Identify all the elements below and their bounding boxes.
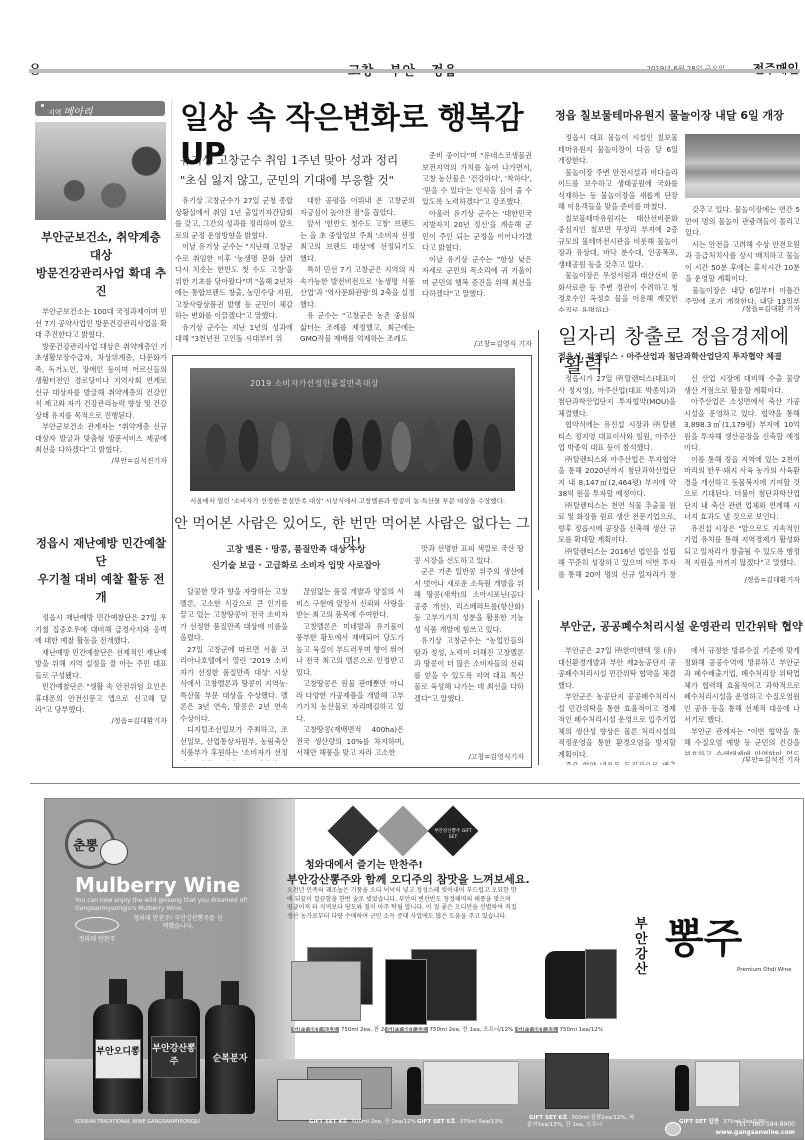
bullet-icon xyxy=(41,104,44,107)
paragraph: 유기상 고창군수는 "농업인들의 땀과 정성, 노력이 더해진 고창멜론과 땅콩… xyxy=(414,635,524,704)
article-body-col1: 정읍시가 27일 ㈜탈렌티스(대표이사 정지영), 아주산업(대표 박종익)과 … xyxy=(558,373,676,581)
masthead-rule xyxy=(29,69,800,73)
paragraph: 주요 협약 내용은 동진강으로 배출하는 농공단지 폐수를 물환경보전법 xyxy=(558,760,676,765)
article-body-col2: 대한 공평을 이뤄내 온 고창군의 자긍심이 높아진 점"을 꼽았다. 앞서 '… xyxy=(300,195,415,345)
column-tag: 지역메아리 xyxy=(35,101,165,116)
bottle-bokbunja: 순복분자 xyxy=(205,981,255,1114)
ad-description: 오천년 민족의 궤조높은 기품을 오디 넉넉히 넣고 정성스레 빚어내어 부드럽… xyxy=(287,887,517,921)
brand-vertical-text: 부안강산 xyxy=(635,917,651,977)
paragraph: 에서 규정한 방류수질 기준에 맞게 정화해 공공수역에 방류하고 부안군과 폐… xyxy=(684,645,800,726)
bottle-label: 부안강산뽕주 xyxy=(151,1036,197,1078)
health-center-photo xyxy=(35,122,166,220)
paragraph: ㈜탈렌티스는 2016년 법인을 설립해 꾸준히 성장하고 있으며 이번 투자를… xyxy=(558,546,676,582)
brand-english: Premium Ohdi Wine xyxy=(737,967,792,974)
mulberry-leaf-diamond xyxy=(378,806,429,857)
bottle-label: 순복분자 xyxy=(207,1051,253,1064)
boxed-body-col3: 맛과 선명한 표피 색깔로 국산 땅콩 시장을 선도하고 있다. 군은 기존 일… xyxy=(414,543,524,743)
article-body-col2: 갖추고 있다. 물놀이장에는 연간 5만여 명의 물놀이 관광객들이 몰리고 있… xyxy=(685,204,800,304)
brand-logo-text: 춘뽕 xyxy=(73,835,98,854)
bottle-label: 부안오디뽕 xyxy=(95,1039,141,1079)
article-headline: 정읍시 재난예방 민간예찰단 xyxy=(35,534,167,570)
ad-english-description: You can now enjoy the wild ginseng that … xyxy=(75,897,295,913)
byline: /정읍=김대환 기자 xyxy=(685,304,800,314)
paragraph: ㈜탈렌티스는 천연 식물 추출물 원료 및 화장품 원료 생산 전문기업으로, … xyxy=(558,500,676,546)
blue-house-text: 청와대 만찬주! 부안강산뽕주를 선택했습니다. xyxy=(133,915,223,931)
paragraph: 부안군 관계자는 "이번 협약을 통해 수질오염 예방 등 군민의 건강을 보호… xyxy=(684,726,800,756)
gift-set-spec: 375ml 5ea/13% xyxy=(460,1119,503,1125)
paragraph: 물놀이장은 내달 6일부터 이틀간 주말에 조기 개장한다. 내달 13일부터 … xyxy=(685,285,800,305)
paragraph: 끊임없는 품질 개발과 양질의 서비스 구현에 앞장서 신뢰와 사랑을 받는 최… xyxy=(296,586,404,621)
bottle-gangsan: 부안강산뽕주 xyxy=(148,971,200,1114)
paragraph: 아주산업은 소성면에서 축산 가공시설을 운영하고 있다. 협약을 통해 3,8… xyxy=(684,396,800,454)
paragraph: 시는 안전을 고려해 수상 안전요원과 응급처치사를 상시 배치하고 물놀이 시… xyxy=(685,239,800,285)
bottle-odi: 부안오디뽕 xyxy=(93,979,143,1114)
gift-set-4-box xyxy=(277,1079,362,1121)
gift-set-label: GIFT SET 5호375ml 5ea/13% xyxy=(415,1117,503,1125)
blue-house-emblem-icon xyxy=(75,917,119,933)
mulberry-photo-diamond xyxy=(328,806,379,857)
photo-banner-text: 2019 소비자가선정한품질만족대상 xyxy=(250,378,379,389)
paragraph: 준비 중이다"며 "유네스코생물권 보전지역의 가치를 높여 나가면서, 고창 … xyxy=(422,150,532,208)
gift-set-tag: GIFT SET 2호 xyxy=(385,1027,428,1033)
paragraph: 고창멜론은 미네랄과 유기물이 풍부한 황토에서 재배되어 당도가 높고 육질이… xyxy=(296,621,404,679)
gift-set-3-bag xyxy=(585,949,617,1019)
gift-set-tag: GIFT SET 6호 xyxy=(527,1115,570,1121)
gift-set-badge: 부안강산뽕주 GIFT SET xyxy=(430,829,476,841)
paragraph: 물놀이장은 무성서원과 태산선비 문화사료관 등 주변 경관이 수려하고 청정호… xyxy=(558,270,678,312)
article-disaster-patrol: 정읍시 재난예방 민간예찰단 우기철 대비 예찰 활동 전개 정읍시 재난예방 … xyxy=(35,534,167,726)
paragraph: 이날 유기상 군수는 "항상 낮은 자세로 군민의 목소리에 귀 기울이며 군민… xyxy=(422,254,532,300)
company-logo-icon xyxy=(665,1122,681,1136)
paragraph: 특히 민선 7기 고창군은 지역의 지속가능한 발전비전으로 '농생명 식품산업… xyxy=(300,264,415,310)
article-body-col1: 부안군은 27일 ㈜한미엔텍 및 (유)대신환경개발과 부안 제2농공단지 공공… xyxy=(558,645,676,765)
brand-main-text: 뽕주 xyxy=(665,919,742,959)
paragraph: 재난예방 민간예찰단은 선제적인 재난예방을 위해 지역 실정을 잘 아는 주민… xyxy=(35,647,167,682)
article-headline: 부안군, 공공폐수처리시설 운영관리 민간위탁 협약 xyxy=(560,618,803,634)
byline: /부안=김석진 기자 xyxy=(684,755,800,765)
subhead: 신기술 보급 · 고급화로 소비자 입맛 사로잡아 xyxy=(180,558,412,574)
boxed-body-col2: 끊임없는 품질 개발과 양질의 서비스 구현에 앞장서 신뢰와 사랑을 받는 최… xyxy=(296,586,404,761)
gift-set-spec: 500ml 2ea, 잔 2ea/12% xyxy=(352,1119,416,1125)
ad-title: Mulberry Wine xyxy=(75,873,240,897)
gift-set-regular-bottle xyxy=(675,1065,689,1111)
subhead: "초심 잃지 않고, 군민의 기대에 부응할 것" xyxy=(180,170,420,190)
ad-headline: 부안강산뽕주와 함께 오디주의 참맛을 느껴보세요. xyxy=(287,871,530,887)
gift-set-spec: 750ml 1ea/12% xyxy=(560,1027,603,1033)
gift-set-tag: GIFT SET 3호 xyxy=(515,1027,558,1033)
paragraph: 디지털조선일보가 주최하고, 조선일보, 산업통상자원부, 농림축산식품부가 후… xyxy=(180,724,288,761)
paragraph: 갖추고 있다. 물놀이장에는 연간 5만여 명의 물놀이 관광객들이 몰리고 있… xyxy=(685,204,800,239)
article-headline: 우기철 대비 예찰 활동 전개 xyxy=(35,570,167,606)
paragraph: 앞서 '한반도 첫수도 고창' 브랜드는 올 초 중앙일보 주최 '소비자 선정… xyxy=(300,218,415,264)
article-headline: 방문건강관리사업 확대 추진 xyxy=(35,264,167,300)
article-body-col2: 신 산업 시장에 대비해 수출 물량 생산 거점으로 활용할 계획이다. 아주산… xyxy=(684,373,800,573)
gift-set-tag: GIFT SET 특1호 xyxy=(291,1027,339,1033)
article-headline: 정읍 칠보물테마유원지 물놀이장 내달 6일 개장 xyxy=(555,107,784,123)
article-headline: 일자리 창출로 정읍경제에 '활력' xyxy=(558,320,805,378)
byline: /고창=김영식 기자 xyxy=(422,339,532,349)
water-park-photo xyxy=(685,134,800,198)
article-body-col1: 유기상 고창군수가 27일 군청 종합상황실에서 취임 1년 출입기자간담회를 … xyxy=(175,195,293,345)
paragraph: 신 산업 시장에 대비해 수출 물량 생산 거점으로 활용할 계획이다. xyxy=(684,373,800,396)
blue-house-caption: 청와대 만찬주 xyxy=(75,936,119,944)
byline: /정읍=김대환기자 xyxy=(684,575,800,585)
article-body-col2: 에서 규정한 방류수질 기준에 맞게 정화해 공공수역에 방류하고 부안군과 폐… xyxy=(684,645,800,755)
paragraph: 유진섭 시장은 "앞으로도 지속적인 기업 유치를 통해 지역경제가 활성화되고… xyxy=(684,523,800,569)
contact-info: TEL : 063-584-8900 www.gangsanwine.com xyxy=(685,1121,795,1137)
article-body-col1: 정읍시 대표 물놀이 시설인 칠보물테마유원지 물놀이장이 다음 달 6일 개장… xyxy=(558,132,678,312)
gift-set-label: GIFT SET 2호750ml 2ea, 잔 1ea, 오프너/12% xyxy=(385,1025,513,1033)
paragraph: 군은 기존 일반콩 위주의 생산에서 벗어나 새로운 소득원 개발을 위해 땅콩… xyxy=(414,566,524,635)
paragraph: 정읍시 대표 물놀이 시설인 칠보물테마유원지 물놀이장이 다음 달 6일 개장… xyxy=(558,132,678,167)
boxed-subheads: 고창 멜론 · 땅콩, 품질만족 대상 수상 신기술 보급 · 고급화로 소비자… xyxy=(180,542,412,574)
paragraph: 유기상 고창군수가 27일 군청 종합상황실에서 취임 1년 출입기자간담회를 … xyxy=(175,195,293,241)
paragraph: 아울러 유기상 군수는 '대한민국 지방자치 20년 정신'을 계승해 군민이 … xyxy=(422,208,532,254)
column-divider xyxy=(538,600,539,765)
gift-set-tag: GIFT SET 5호 xyxy=(415,1119,458,1125)
paragraph: 대한 공평을 이뤄내 온 고창군의 자긍심이 높아진 점"을 꼽았다. xyxy=(300,195,415,218)
gift-set-label: GIFT SET 3호750ml 1ea/12% xyxy=(515,1025,603,1033)
paragraph: 정읍시가 27일 ㈜탈렌티스(대표이사 정지영), 아주산업(대표 박종익)과 … xyxy=(558,373,676,419)
paragraph: 유 군수는 "고창군은 농촌 중심의 삶터는 조례를 제정했고, 최근에는 GM… xyxy=(300,310,415,345)
paragraph: 방문건강관리사업 대상은 취약계층인 기초생활보장수급자, 차상위계층, 다문화… xyxy=(35,341,167,422)
paragraph: 고창땅콩(재배면적 400ha)은 전국 생산량의 10%를 차지하며, 서해안… xyxy=(296,724,404,759)
paragraph: 달콤한 맛과 향을 자랑하는 고창멜론, 고소한 식감으로 큰 인기를 끌고 있… xyxy=(180,586,288,644)
paragraph: 칠보물테마유원지는 태산선비문화 중심지인 칠보면 무성리 부지에 2층 규모의… xyxy=(558,213,678,271)
byline: /고창=김영식기자 xyxy=(414,752,524,762)
gift-set-tag: GIFT SET 4호 xyxy=(307,1119,350,1125)
column-divider xyxy=(538,330,539,590)
column-tag-label: 메아리 xyxy=(64,107,93,118)
photo-caption: 서울에서 열린 '소비자가 선정한 품질만족 대상' 시상식에서 고창멜론과 땅… xyxy=(190,496,520,505)
paragraph: 부안군은 27일 ㈜한미엔텍 및 (유)대신환경개발과 부안 제2농공단지 공공… xyxy=(558,645,676,691)
gift-set-label: GIFT SET 6호500ml 참뽕2ea/12%, 복분자1ea/13%, … xyxy=(527,1115,637,1129)
article-body-col3: 준비 중이다"며 "유네스코생물권 보전지역의 가치를 높여 나가면서, 고창 … xyxy=(422,150,532,335)
telephone: TEL : 063-584-8900 xyxy=(685,1121,795,1129)
subhead: 고창 멜론 · 땅콩, 품질만족 대상 수상 xyxy=(180,542,412,558)
article-body: 정읍시 재난예방 민간예찰단은 27일 우기철 집중호우에 대비해 급경사지와 … xyxy=(35,612,167,716)
gift-set-6-box xyxy=(545,1053,609,1109)
paragraph: 부안군은 농공단지 공공폐수처리시설 민간위탁을 통한 효율적이고 경제적인 폐… xyxy=(558,691,676,760)
mascot-icon xyxy=(100,839,128,865)
gift-set-premium-image xyxy=(291,961,361,1021)
advertisement-mulberry-wine[interactable]: 춘뽕 Mulberry Wine You can now enjoy the w… xyxy=(44,798,804,1140)
ad-headline: 청와대에서 즐기는 만찬주! xyxy=(305,856,423,871)
paragraph: 부안군보건소 관계자는 "취약계층 신규 대상자 발굴과 맞춤형 방문서비스 제… xyxy=(35,421,167,456)
main-subheads: 유기상 고창군수 취임 1주년 맞아 성과 정리 "초심 잃지 않고, 군민의 … xyxy=(180,150,420,190)
paragraph: 협약식에는 유진섭 시장과 ㈜탈렌티스 정지영 대표이사와 임원, 아주산업 박… xyxy=(558,419,676,454)
website-link[interactable]: www.gangsanwine.com xyxy=(685,1129,795,1137)
article-headline: 부안군보건소, 취약계층 대상 xyxy=(35,228,167,264)
paragraph: 고창땅콩은 원물 판매뿐만 아니라 다양한 가공제품을 개발해 고부가가치 농산… xyxy=(296,678,404,724)
gift-set-regular-box xyxy=(695,1061,740,1107)
paragraph: 유기상 군수는 지난 1년의 성과에 대해 "3천년전 고인돌 시대부터 위 xyxy=(175,322,293,345)
byline: /부안=김석진기자 xyxy=(35,456,167,466)
paragraph: 27일 고창군에 따르면 서울 코리아나호텔에서 열린 '2019 소비자가 선… xyxy=(180,644,288,725)
article-health-visit: 부안군보건소, 취약계층 대상 방문건강관리사업 확대 추진 부안군보건소는 1… xyxy=(35,228,167,466)
gift-set-spec: 750ml 2ea, 잔 1ea, 오프너/12% xyxy=(430,1027,514,1033)
byline: /정읍=김대환기자 xyxy=(35,716,167,726)
bottle-footer-brand: KOREAN TRADITIONAL WINE GANGSANMYEONGJU xyxy=(75,1119,215,1125)
paragraph: 정읍시 재난예방 민간예찰단은 27일 우기철 집중호우에 대비해 급경사지와 … xyxy=(35,612,167,647)
column-tag-prefix: 지역 xyxy=(48,109,62,117)
paragraph: 맛과 선명한 표피 색깔로 국산 땅콩 시장을 선도하고 있다. xyxy=(414,543,524,566)
gift-set-2-box xyxy=(385,959,427,1025)
paragraph: 물놀이장 주변 안전시설과 비다슬라이드를 보수하고 생태공원에 국화를 식재하… xyxy=(558,167,678,213)
article-body: 부안군보건소는 100대 국정과제이며 민선 7기 공약사업인 방문건강관리사업… xyxy=(35,306,167,456)
paragraph: 민간예찰단은 "생활 속 안전위험 요인은 휴대폰의 안전신문고 앱으로 신고해… xyxy=(35,681,167,716)
article-subhead: 정읍시, 탈렌티스 · 아주산업과 첨단과학산업단지 투자협약 체결 xyxy=(558,351,782,362)
paragraph: ㈜탈렌티스와 아주산업은 투자협약을 통해 2020년까지 첨단과학산업단지 내… xyxy=(558,454,676,500)
paragraph: 이를 통해 정읍 지역에 있는 2천여 마리의 한우·돼지 사육 농가의 사육환… xyxy=(684,454,800,523)
section-divider xyxy=(30,783,800,784)
column-divider xyxy=(171,100,172,350)
subhead: 유기상 고창군수 취임 1주년 맞아 성과 정리 xyxy=(180,150,420,170)
boxed-body-col1: 달콤한 맛과 향을 자랑하는 고창멜론, 고소한 식감으로 큰 인기를 끌고 있… xyxy=(180,586,288,761)
gift-set-5-bottle xyxy=(407,1067,421,1115)
paragraph: 이날 유기상 군수는 "지난해 고창군수로 취임한 이후 '농생명 문화 살려 … xyxy=(175,241,293,322)
paragraph: 부안군보건소는 100대 국정과제이며 민선 7기 공약사업인 방문건강관리사업… xyxy=(35,306,167,341)
gift-set-5-box xyxy=(423,1061,519,1105)
gift-set-label: GIFT SET 4호500ml 2ea, 잔 2ea/12% xyxy=(307,1117,416,1125)
